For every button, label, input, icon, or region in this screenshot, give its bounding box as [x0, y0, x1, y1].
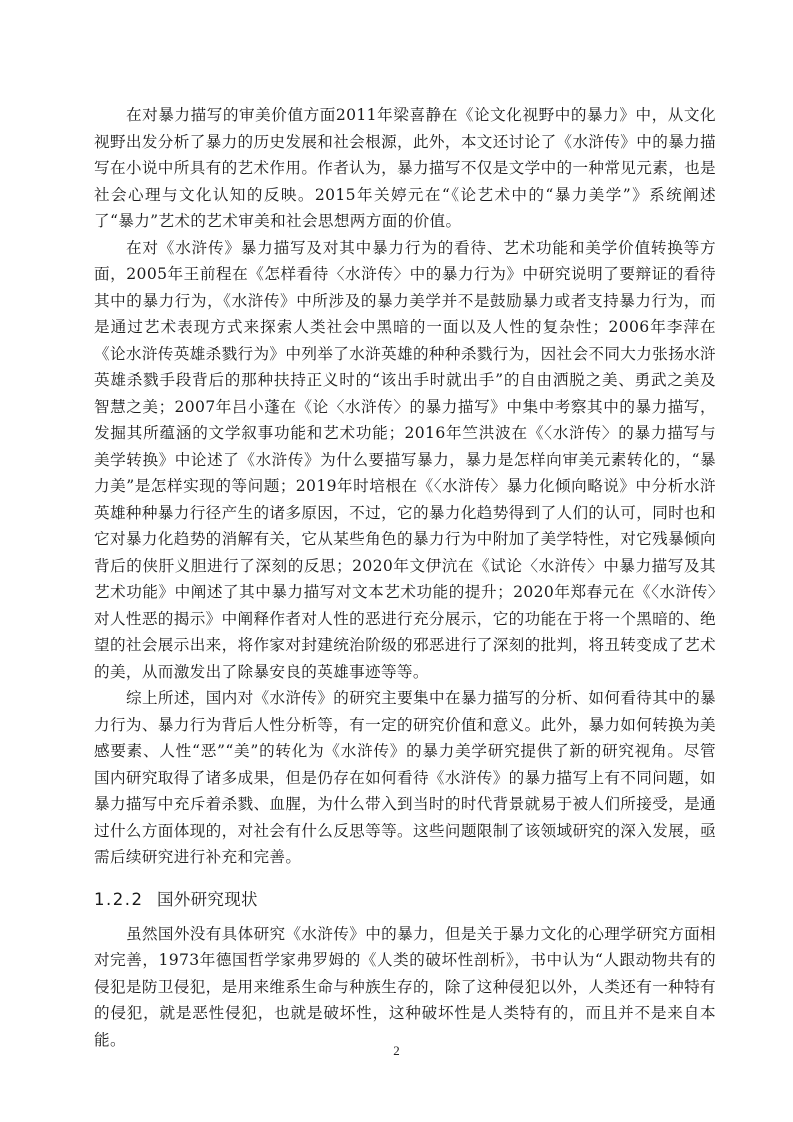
document-page: 在对暴力描写的审美价值方面2011年梁喜静在《论文化视野中的暴力》中，从文化视野…: [0, 0, 793, 1122]
page-number: 2: [0, 1043, 793, 1059]
section-heading: 1.2.2国外研究现状: [94, 887, 716, 913]
paragraph-violence-behavior-research: 在对《水浒传》暴力描写及对其中暴力行为的看待、艺术功能和美学价值转换等方面，20…: [94, 235, 716, 686]
paragraph-aesthetic-value: 在对暴力描写的审美价值方面2011年梁喜静在《论文化视野中的暴力》中，从文化视野…: [94, 102, 716, 235]
section-number: 1.2.2: [94, 887, 157, 913]
paragraph-domestic-summary: 综上所述，国内对《水浒传》的研究主要集中在暴力描写的分析、如何看待其中的暴力行为…: [94, 685, 716, 871]
page-body: 在对暴力描写的审美价值方面2011年梁喜静在《论文化视野中的暴力》中，从文化视野…: [94, 102, 716, 1053]
paragraph-foreign-research: 虽然国外没有具体研究《水浒传》中的暴力，但是关于暴力文化的心理学研究方面相对完善…: [94, 921, 716, 1054]
section-title: 国外研究现状: [157, 890, 258, 909]
